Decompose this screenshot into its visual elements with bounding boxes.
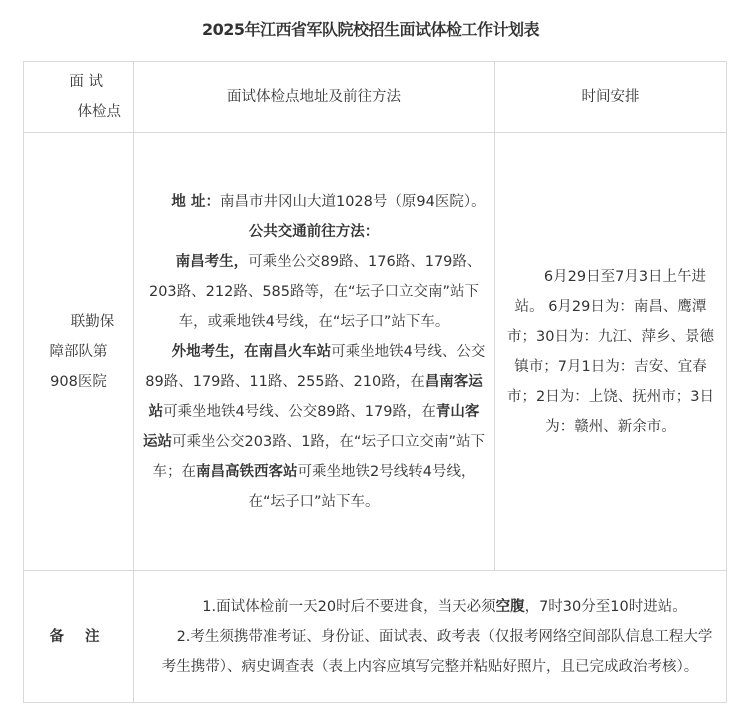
header-location-line1: 面 试: [32, 67, 121, 97]
plan-table: 面 试 体检点 面试体检点地址及前往方法 时间安排 联勤保 障部队第 908医院…: [23, 61, 727, 703]
outside-text-2: 可乘坐地铁4号线、公交89路、179路，在: [163, 404, 436, 420]
note-item-1-a: 1.面试体检前一天20时后不要进食，当天必须: [202, 599, 495, 615]
header-address: 面试体检点地址及前往方法: [134, 62, 495, 133]
notes-label: 备 注: [24, 571, 134, 703]
outside-label: 外地考生，: [172, 344, 245, 360]
page-title: 2025年江西省军队院校招生面试体检工作计划表: [0, 17, 741, 40]
nanchang-label: 南昌考生，: [176, 254, 249, 270]
header-schedule: 时间安排: [495, 62, 727, 133]
outside-in: 在: [244, 344, 259, 360]
location-line3: 908医院: [32, 367, 125, 397]
location-line2: 障部队第: [32, 337, 125, 367]
address-paragraph: 地 址：南昌市井冈山大道1028号（原94医院）。: [142, 187, 486, 217]
station-nanchang-west: 南昌高铁西客站: [196, 464, 298, 480]
outside-paragraph: 外地考生，在南昌火车站可乘坐地铁4号线、公交89路、179路、11路、255路、…: [142, 337, 486, 517]
note-item-2: 2.考生须携带准考证、身份证、面试表、政考表（仅报考网络空间部队信息工程大学考生…: [142, 622, 718, 682]
address-cell: 地 址：南昌市井冈山大道1028号（原94医院）。 公共交通前往方法： 南昌考生…: [134, 133, 495, 571]
location-line1: 联勤保: [32, 307, 125, 337]
header-location: 面 试 体检点: [24, 62, 134, 133]
note-item-1-bold: 空腹: [496, 599, 525, 615]
nanchang-paragraph: 南昌考生，可乘坐公交89路、176路、179路、203路、212路、585路等，…: [142, 247, 486, 337]
notes-cell: 1.面试体检前一天20时后不要进食，当天必须空腹，7时30分至10时进站。 2.…: [134, 571, 727, 703]
schedule-text: 6月29日至7月3日上午进站。 6月29日为：南昌、鹰潭市；30日为：九江、萍乡…: [503, 262, 718, 442]
location-cell: 联勤保 障部队第 908医院: [24, 133, 134, 571]
header-location-line2: 体检点: [32, 97, 121, 127]
transit-heading-text: 公共交通前往方法：: [249, 224, 380, 240]
address-value: 南昌市井冈山大道1028号（原94医院）。: [220, 194, 486, 210]
table-header-row: 面 试 体检点 面试体检点地址及前往方法 时间安排: [24, 62, 727, 133]
note-item-1: 1.面试体检前一天20时后不要进食，当天必须空腹，7时30分至10时进站。: [142, 592, 718, 622]
notes-row: 备 注 1.面试体检前一天20时后不要进食，当天必须空腹，7时30分至10时进站…: [24, 571, 727, 703]
address-label: 地 址：: [171, 194, 220, 210]
station-nanchang-railway: 南昌火车站: [259, 344, 332, 360]
note-item-1-b: ，7时30分至10时进站。: [525, 599, 687, 615]
table-row: 联勤保 障部队第 908医院 地 址：南昌市井冈山大道1028号（原94医院）。…: [24, 133, 727, 571]
transit-heading: 公共交通前往方法：: [142, 217, 486, 247]
schedule-cell: 6月29日至7月3日上午进站。 6月29日为：南昌、鹰潭市；30日为：九江、萍乡…: [495, 133, 727, 571]
